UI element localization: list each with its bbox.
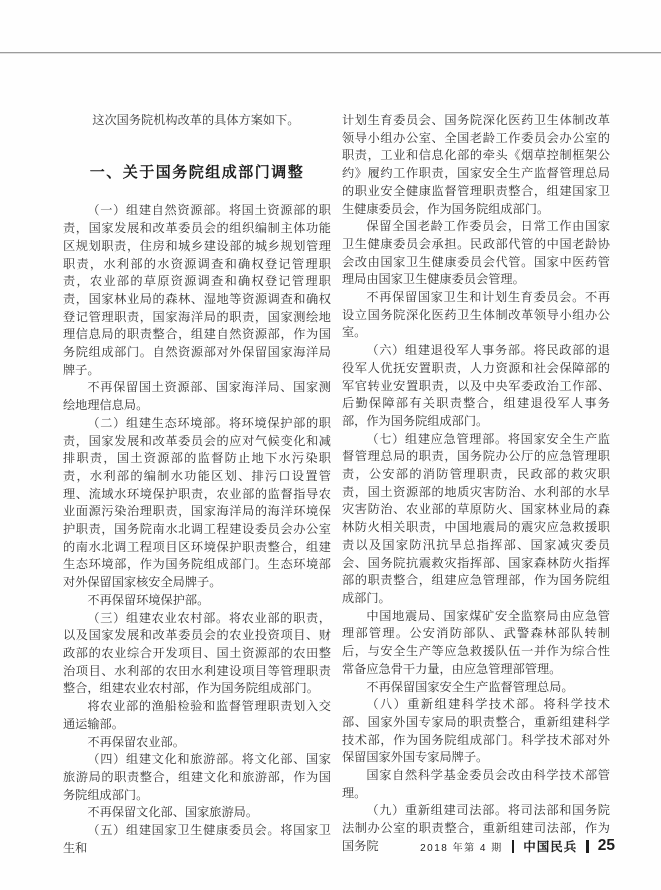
intro-paragraph: 这次国务院机构改革的具体方案如下。 [63, 112, 331, 130]
section-heading: 一、关于国务院组成部门调整 [63, 164, 331, 182]
paragraph: 不再保留国家卫生和计划生育委员会。不再设立国务院深化医药卫生体制改革领导小组办公… [342, 289, 610, 342]
issue-label: 2018 年第 4 期 [420, 839, 503, 854]
paragraph: （二）组建生态环境部。将环境保护部的职责，国家发展和改革委员会的应对气候变化和减… [63, 415, 331, 592]
magazine-page: 这次国务院机构改革的具体方案如下。 一、关于国务院组成部门调整 （一）组建自然资… [0, 0, 661, 890]
footer-divider [586, 840, 589, 853]
article-body: 这次国务院机构改革的具体方案如下。 一、关于国务院组成部门调整 （一）组建自然资… [63, 112, 610, 857]
paragraph: （六）组建退役军人事务部。将民政部的退役军人优抚安置职责，人力资源和社会保障部的… [342, 342, 610, 431]
paragraph: 国家自然科学基金委员会改由科学技术部管理。 [342, 767, 610, 802]
page-footer: 2018 年第 4 期 中国民兵 25 [420, 837, 615, 855]
page-number: 25 [598, 837, 615, 855]
paragraph: 不再保留农业部。 [63, 734, 331, 752]
paragraph: 将农业部的渔船检验和监督管理职责划入交通运输部。 [63, 698, 331, 733]
paragraph: 不再保留环境保护部。 [63, 592, 331, 610]
paragraph: （七）组建应急管理部。将国家安全生产监督管理总局的职责，国务院办公厅的应急管理职… [342, 431, 610, 608]
right-column: 计划生育委员会、国务院深化医药卫生体制改革领导小组办公室、全国老龄工作委员会办公… [342, 112, 610, 857]
paragraph: 不再保留国土资源部、国家海洋局、国家测绘地理信息局。 [63, 379, 331, 414]
paragraph: （四）组建文化和旅游部。将文化部、国家旅游局的职责整合，组建文化和旅游部，作为国… [63, 751, 331, 804]
paragraph: （五）组建国家卫生健康委员会。将国家卫生和 [63, 822, 331, 857]
magazine-name: 中国民兵 [523, 837, 577, 855]
left-column: 这次国务院机构改革的具体方案如下。 一、关于国务院组成部门调整 （一）组建自然资… [63, 112, 331, 857]
paragraph: 不再保留文化部、国家旅游局。 [63, 804, 331, 822]
paragraph: （八）重新组建科学技术部。将科学技术部、国家外国专家局的职责整合，重新组建科学技… [342, 696, 610, 767]
paragraph: 中国地震局、国家煤矿安全监察局由应急管理部管理。公安消防部队、武警森林部队转制后… [342, 608, 610, 679]
paragraph: 不再保留国家安全生产监督管理总局。 [342, 679, 610, 697]
paragraph: （一）组建自然资源部。将国土资源部的职责，国家发展和改革委员会的组织编制主体功能… [63, 202, 331, 379]
footer-divider [512, 840, 515, 853]
paragraph: 保留全国老龄工作委员会，日常工作由国家卫生健康委员会承担。民政部代管的中国老龄协… [342, 218, 610, 289]
paragraph: （三）组建农业农村部。将农业部的职责，以及国家发展和改革委员会的农业投资项目、财… [63, 610, 331, 699]
page-edge-line [0, 52, 661, 53]
paragraph: 计划生育委员会、国务院深化医药卫生体制改革领导小组办公室、全国老龄工作委员会办公… [342, 112, 610, 218]
